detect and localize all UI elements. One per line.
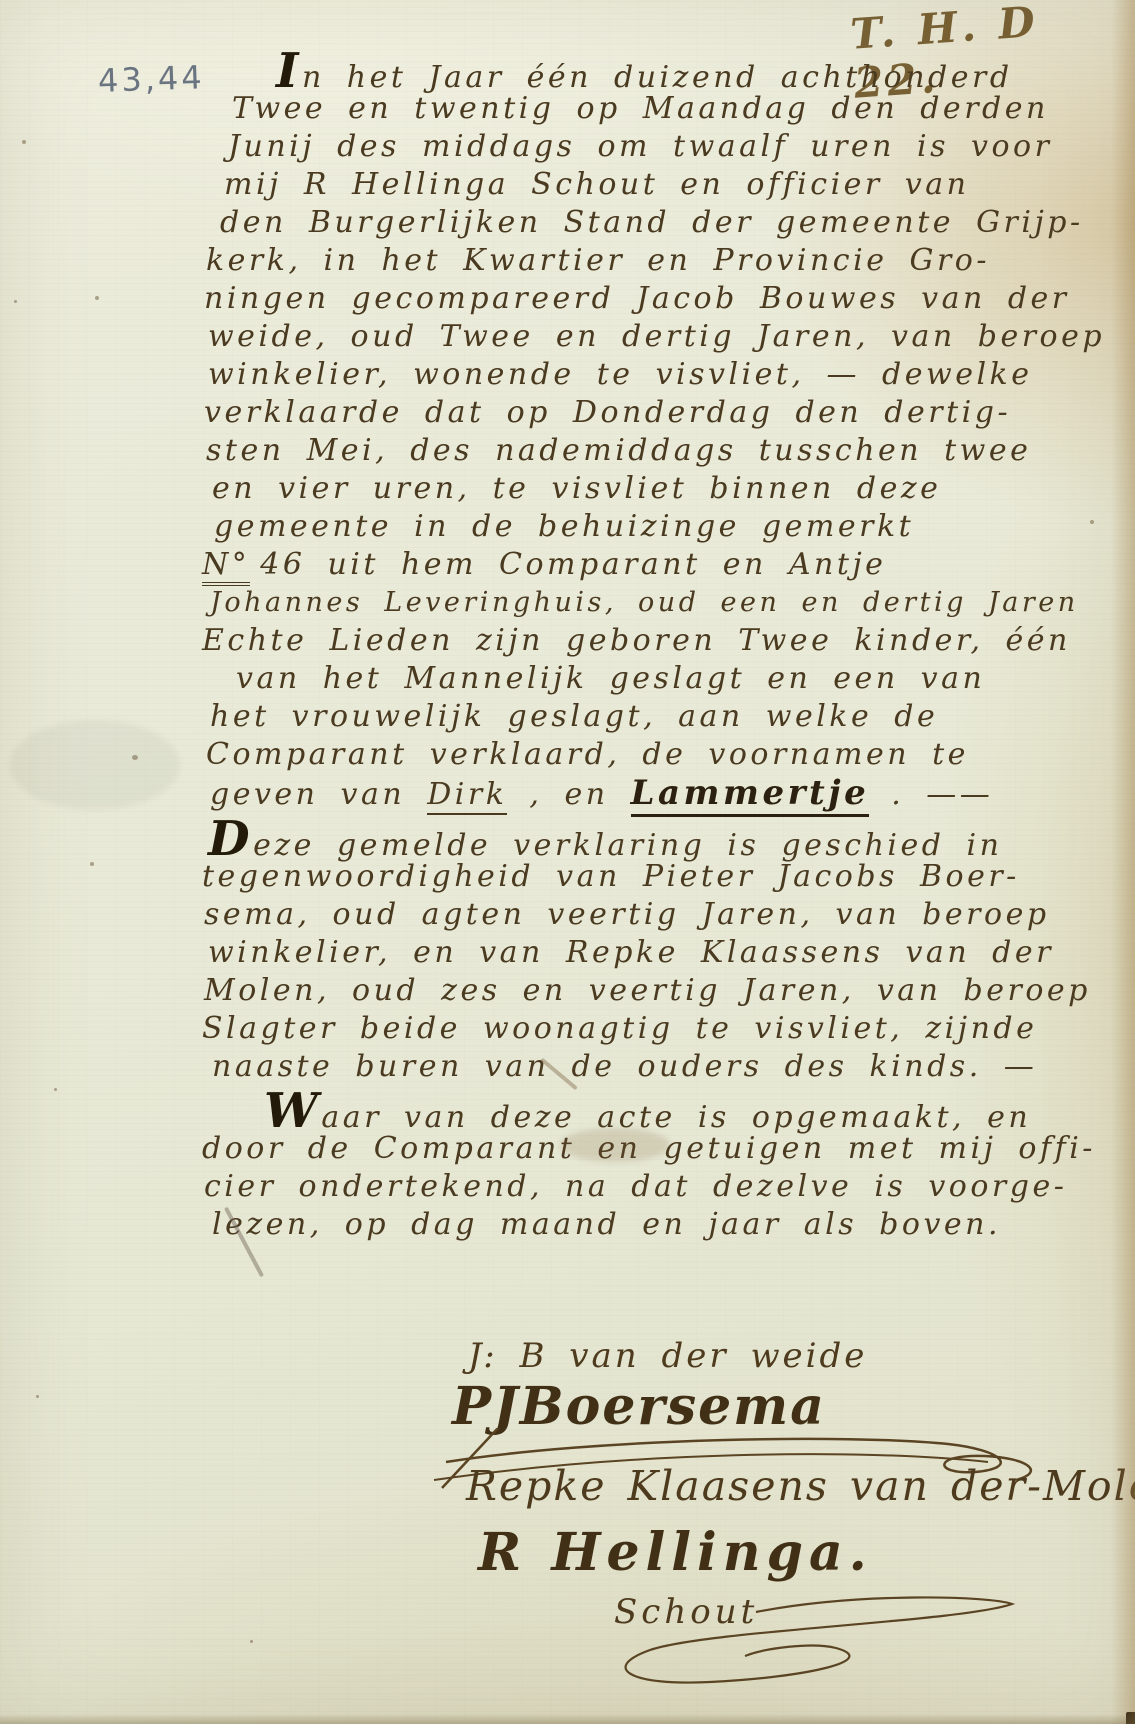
house-number-text: 46 uit hem Comparant en Antje: [260, 547, 886, 582]
act-line: het vrouwelijk geslagt, aan welke de: [210, 698, 1135, 736]
act-line: lezen, op dag maand en jaar als boven.: [212, 1206, 1135, 1244]
act-line: winkelier, wonende te visvliet, — dewelk…: [208, 356, 1135, 394]
pencil-folio-number: 43,44: [97, 58, 205, 100]
ink-smudge: [560, 1128, 670, 1162]
ink-speck: [250, 1640, 253, 1643]
act-line: gemeente in de behuizinge gemerkt: [214, 508, 1135, 546]
ink-speck: [14, 300, 17, 303]
act-line: sema, oud agten veertig Jaren, van beroe…: [204, 896, 1135, 934]
act-line: kerk, in het Kwartier en Provincie Gro-: [206, 242, 1135, 280]
act-line: en vier uren, te visvliet binnen deze: [212, 470, 1135, 508]
child-name-lammertje: Lammertje: [631, 773, 870, 817]
act-line: tegenwoordigheid van Pieter Jacobs Boer-: [202, 858, 1135, 896]
act-line: naaste buren van de ouders des kinds. —: [212, 1048, 1135, 1086]
act-paragraph-2: Deze gemelde verklaring is geschied in t…: [202, 820, 1135, 1086]
act-line-child-names: geven van Dirk , en Lammertje . ——: [210, 774, 1135, 812]
act-line: verklaarde dat op Donderdag den dertig-: [204, 394, 1135, 432]
ink-speck: [1090, 520, 1094, 524]
signature-hellinga: R Hellinga.: [478, 1522, 873, 1583]
ink-speck: [36, 1395, 39, 1398]
act-line: ningen gecompareerd Jacob Bouwes van der: [204, 280, 1135, 318]
act-line: Slagter beide woonagtig te visvliet, zij…: [202, 1010, 1135, 1048]
act-line-house-number: N°46 uit hem Comparant en Antje: [202, 546, 1135, 584]
act-line: weide, oud Twee en dertig Jaren, van ber…: [208, 318, 1135, 356]
ink-speck: [54, 1088, 57, 1091]
act-line: In het Jaar één duizend achthonderd: [276, 52, 1135, 90]
act-line: Comparant verklaard, de voornamen te: [206, 736, 1135, 774]
act-line: door de Comparant en getuigen met mij of…: [202, 1130, 1135, 1168]
act-paragraph-3: Waar van deze acte is opgemaakt, en door…: [202, 1092, 1135, 1244]
act-line: Molen, oud zes en veertig Jaren, van ber…: [204, 972, 1135, 1010]
act-line: mij R Hellinga Schout en officier van: [224, 166, 1135, 204]
page-right-edge-shadow: [1111, 0, 1135, 1724]
names-suffix: . ——: [869, 777, 993, 812]
signature-van-der-molen: Repke Klaasens van der-Molen: [466, 1462, 1135, 1510]
signature-van-der-weide: J: B van der weide: [468, 1336, 867, 1376]
ink-speck: [22, 140, 26, 144]
act-line: Waar van deze acte is opgemaakt, en: [264, 1092, 1135, 1130]
child-name-dirk: Dirk: [427, 777, 507, 815]
ink-speck: [95, 296, 99, 300]
act-line: van het Mannelijk geslagt en een van: [236, 660, 1135, 698]
act-line: cier ondertekend, na dat dezelve is voor…: [204, 1168, 1135, 1206]
scanned-document-page: 43,44 T. H. D 22. In het Jaar één duizen…: [0, 0, 1135, 1724]
signature-boersema: PJBoersema: [452, 1376, 826, 1437]
signature-title-schout: Schout: [614, 1592, 758, 1632]
bleed-through-smudge: [10, 720, 180, 810]
names-separator: , en: [507, 777, 630, 812]
names-prefix: geven van: [210, 777, 427, 812]
act-paragraph-1: In het Jaar één duizend achthonderd Twee…: [202, 52, 1135, 812]
act-line: Deze gemelde verklaring is geschied in: [208, 820, 1135, 858]
act-line: Johannes Leveringhuis, oud een en dertig…: [210, 584, 1135, 622]
act-line: sten Mei, des nademiddags tusschen twee: [206, 432, 1135, 470]
act-line: Junij des middags om twaalf uren is voor: [228, 128, 1135, 166]
act-line: Echte Lieden zijn geboren Twee kinder, é…: [202, 622, 1135, 660]
house-number-marker: N°: [202, 547, 250, 586]
page-bottom-edge-shadow: [0, 1714, 1135, 1724]
ink-speck: [90, 862, 94, 866]
act-line: den Burgerlijken Stand der gemeente Grij…: [220, 204, 1135, 242]
act-line: Twee en twentig op Maandag den derden: [232, 90, 1135, 128]
act-line: winkelier, en van Repke Klaassens van de…: [208, 934, 1135, 972]
